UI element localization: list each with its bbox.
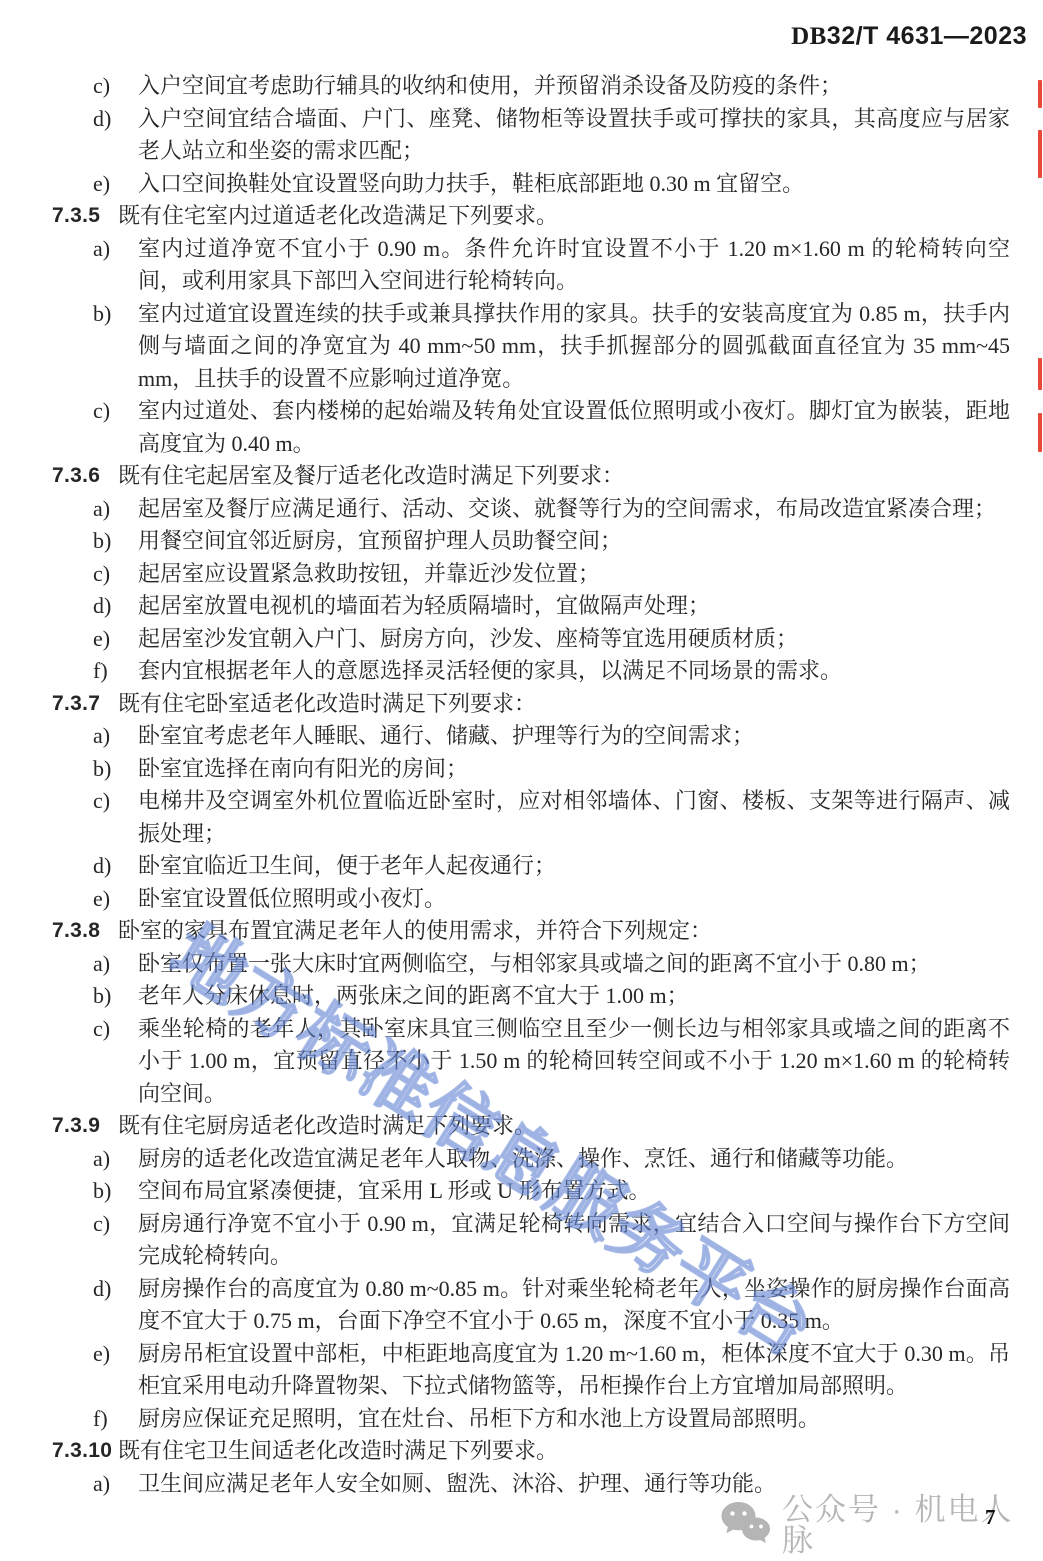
section-clause: 7.3.7既有住宅卧室适老化改造时满足下列要求：	[52, 688, 1010, 721]
list-item: d)厨房操作台的高度宜为 0.80 m~0.85 m。针对乘坐轮椅老年人，坐姿操…	[52, 1273, 1010, 1338]
item-letter: c)	[93, 1013, 110, 1046]
clause-text: 厨房吊柜宜设置中部柜，中柜距地高度宜为 1.20 m~1.60 m，柜体深度不宜…	[138, 1341, 1010, 1399]
item-letter: d)	[93, 103, 111, 136]
list-item: d)起居室放置电视机的墙面若为轻质隔墙时，宜做隔声处理；	[52, 590, 1010, 623]
list-item: a)厨房的适老化改造宜满足老年人取物、洗涤、操作、烹饪、通行和储藏等功能。	[52, 1143, 1010, 1176]
doc-code-number: 32/T 4631—2023	[827, 22, 1027, 50]
clause-text: 卧室宜设置低位照明或小夜灯。	[138, 886, 446, 911]
item-letter: a)	[93, 1143, 110, 1176]
section-clause: 7.3.10既有住宅卫生间适老化改造时满足下列要求。	[52, 1435, 1010, 1468]
clause-text: 室内过道宜设置连续的扶手或兼具撑扶作用的家具。扶手的安装高度宜为 0.85 m，…	[138, 301, 1010, 391]
item-letter: a)	[93, 1468, 110, 1501]
clause-text: 卧室的家具布置宜满足老年人的使用需求，并符合下列规定：	[118, 918, 712, 943]
list-item: a)卧室宜考虑老年人睡眠、通行、储藏、护理等行为的空间需求；	[52, 720, 1010, 753]
list-item: b)室内过道宜设置连续的扶手或兼具撑扶作用的家具。扶手的安装高度宜为 0.85 …	[52, 298, 1010, 396]
wechat-account-label: 公众号 · 机电人脉	[782, 1490, 1043, 1556]
document-body: c)入户空间宜考虑助行辅具的收纳和使用，并预留消杀设备及防疫的条件；d)入户空间…	[52, 70, 1010, 1500]
list-item: b)老年人分床休息时，两张床之间的距离不宜大于 1.00 m；	[52, 980, 1010, 1013]
list-item: c)乘坐轮椅的老年人，其卧室床具宜三侧临空且至少一侧长边与相邻家具或墙之间的距离…	[52, 1013, 1010, 1111]
clause-text: 厨房通行净宽不宜小于 0.90 m，宜满足轮椅转向需求，宜结合入口空间与操作台下…	[138, 1211, 1010, 1269]
clause-text: 老年人分床休息时，两张床之间的距离不宜大于 1.00 m；	[138, 983, 689, 1008]
item-letter: e)	[93, 883, 110, 916]
list-item: a)起居室及餐厅应满足通行、活动、交谈、就餐等行为的空间需求，布局改造宜紧凑合理…	[52, 493, 1010, 526]
page-number: 7	[985, 1505, 996, 1530]
clause-text: 室内过道处、套内楼梯的起始端及转角处宜设置低位照明或小夜灯。脚灯宜为嵌装，距地高…	[138, 398, 1010, 456]
clause-text: 起居室及餐厅应满足通行、活动、交谈、就餐等行为的空间需求，布局改造宜紧凑合理；	[138, 496, 996, 521]
list-item: c)厨房通行净宽不宜小于 0.90 m，宜满足轮椅转向需求，宜结合入口空间与操作…	[52, 1208, 1010, 1273]
clause-text: 卫生间应满足老年人安全如厕、盥洗、沐浴、护理、通行等功能。	[138, 1471, 776, 1496]
clause-text: 卧室宜临近卫生间，便于老年人起夜通行；	[138, 853, 556, 878]
clause-text: 厨房的适老化改造宜满足老年人取物、洗涤、操作、烹饪、通行和储藏等功能。	[138, 1146, 908, 1171]
clause-text: 既有住宅卫生间适老化改造时满足下列要求。	[118, 1438, 558, 1463]
red-edge-mark	[1038, 413, 1042, 452]
item-letter: b)	[93, 525, 111, 558]
clause-text: 起居室放置电视机的墙面若为轻质隔墙时，宜做隔声处理；	[138, 593, 710, 618]
header-doc-code: DB32/T 4631—2023	[791, 22, 1027, 51]
clause-text: 起居室应设置紧急救助按钮，并靠近沙发位置；	[138, 561, 600, 586]
clause-text: 入户空间宜考虑助行辅具的收纳和使用，并预留消杀设备及防疫的条件；	[138, 73, 842, 98]
item-letter: e)	[93, 1338, 110, 1371]
list-item: f)套内宜根据老年人的意愿选择灵活轻便的家具，以满足不同场景的需求。	[52, 655, 1010, 688]
list-item: a)室内过道净宽不宜小于 0.90 m。条件允许时宜设置不小于 1.20 m×1…	[52, 233, 1010, 298]
item-letter: f)	[93, 1403, 108, 1436]
item-letter: f)	[93, 655, 108, 688]
list-item: d)卧室宜临近卫生间，便于老年人起夜通行；	[52, 850, 1010, 883]
doc-code-prefix: DB	[791, 23, 827, 50]
list-item: e)卧室宜设置低位照明或小夜灯。	[52, 883, 1010, 916]
section-number: 7.3.5	[52, 200, 100, 233]
list-item: e)起居室沙发宜朝入户门、厨房方向，沙发、座椅等宜选用硬质材质；	[52, 623, 1010, 656]
item-letter: b)	[93, 1175, 111, 1208]
item-letter: c)	[93, 395, 110, 428]
item-letter: b)	[93, 298, 111, 331]
item-letter: d)	[93, 850, 111, 883]
wechat-icon	[720, 1499, 770, 1547]
item-letter: b)	[93, 753, 111, 786]
clause-text: 既有住宅起居室及餐厅适老化改造时满足下列要求：	[118, 463, 624, 488]
list-item: c)入户空间宜考虑助行辅具的收纳和使用，并预留消杀设备及防疫的条件；	[52, 70, 1010, 103]
list-item: e)入口空间换鞋处宜设置竖向助力扶手，鞋柜底部距地 0.30 m 宜留空。	[52, 168, 1010, 201]
clause-text: 空间布局宜紧凑便捷，宜采用 L 形或 U 形布置方式。	[138, 1178, 651, 1203]
list-item: c)起居室应设置紧急救助按钮，并靠近沙发位置；	[52, 558, 1010, 591]
clause-text: 既有住宅室内过道适老化改造满足下列要求。	[118, 203, 558, 228]
item-letter: a)	[93, 493, 110, 526]
section-clause: 7.3.6既有住宅起居室及餐厅适老化改造时满足下列要求：	[52, 460, 1010, 493]
list-item: d)入户空间宜结合墙面、户门、座凳、储物柜等设置扶手或可撑扶的家具，其高度应与居…	[52, 103, 1010, 168]
list-item: c)电梯井及空调室外机位置临近卧室时，应对相邻墙体、门窗、楼板、支架等进行隔声、…	[52, 785, 1010, 850]
section-number: 7.3.6	[52, 460, 100, 493]
item-letter: c)	[93, 558, 110, 591]
list-item: b)卧室宜选择在南向有阳光的房间；	[52, 753, 1010, 786]
section-number: 7.3.8	[52, 915, 100, 948]
clause-text: 厨房应保证充足照明，宜在灶台、吊柜下方和水池上方设置局部照明。	[138, 1406, 820, 1431]
item-letter: b)	[93, 980, 111, 1013]
clause-text: 室内过道净宽不宜小于 0.90 m。条件允许时宜设置不小于 1.20 m×1.6…	[138, 236, 1010, 294]
item-letter: c)	[93, 1208, 110, 1241]
clause-text: 入户空间宜结合墙面、户门、座凳、储物柜等设置扶手或可撑扶的家具，其高度应与居家老…	[138, 106, 1010, 164]
section-number: 7.3.10	[52, 1435, 112, 1468]
item-letter: a)	[93, 948, 110, 981]
item-letter: a)	[93, 720, 110, 753]
document-page: DB32/T 4631—2023 c)入户空间宜考虑助行辅具的收纳和使用，并预留…	[0, 0, 1043, 1561]
list-item: a)卧室仅布置一张大床时宜两侧临空，与相邻家具或墙之间的距离不宜小于 0.80 …	[52, 948, 1010, 981]
list-item: b)空间布局宜紧凑便捷，宜采用 L 形或 U 形布置方式。	[52, 1175, 1010, 1208]
clause-text: 既有住宅卧室适老化改造时满足下列要求：	[118, 691, 536, 716]
item-letter: e)	[93, 168, 110, 201]
clause-text: 入口空间换鞋处宜设置竖向助力扶手，鞋柜底部距地 0.30 m 宜留空。	[138, 171, 804, 196]
clause-text: 起居室沙发宜朝入户门、厨房方向，沙发、座椅等宜选用硬质材质；	[138, 626, 798, 651]
clause-text: 卧室宜考虑老年人睡眠、通行、储藏、护理等行为的空间需求；	[138, 723, 754, 748]
item-letter: d)	[93, 1273, 111, 1306]
section-number: 7.3.7	[52, 688, 100, 721]
clause-text: 用餐空间宜邻近厨房，宜预留护理人员助餐空间；	[138, 528, 622, 553]
item-letter: c)	[93, 785, 110, 818]
list-item: b)用餐空间宜邻近厨房，宜预留护理人员助餐空间；	[52, 525, 1010, 558]
red-edge-mark	[1038, 358, 1042, 390]
red-edge-mark	[1038, 130, 1042, 178]
item-letter: a)	[93, 233, 110, 266]
clause-text: 既有住宅厨房适老化改造时满足下列要求。	[118, 1113, 536, 1138]
section-number: 7.3.9	[52, 1110, 100, 1143]
clause-text: 厨房操作台的高度宜为 0.80 m~0.85 m。针对乘坐轮椅老年人，坐姿操作的…	[138, 1276, 1010, 1334]
clause-text: 卧室仅布置一张大床时宜两侧临空，与相邻家具或墙之间的距离不宜小于 0.80 m；	[138, 951, 931, 976]
item-letter: c)	[93, 70, 110, 103]
list-item: f)厨房应保证充足照明，宜在灶台、吊柜下方和水池上方设置局部照明。	[52, 1403, 1010, 1436]
clause-text: 乘坐轮椅的老年人，其卧室床具宜三侧临空且至少一侧长边与相邻家具或墙之间的距离不小…	[138, 1016, 1010, 1106]
section-clause: 7.3.8卧室的家具布置宜满足老年人的使用需求，并符合下列规定：	[52, 915, 1010, 948]
section-clause: 7.3.5既有住宅室内过道适老化改造满足下列要求。	[52, 200, 1010, 233]
item-letter: d)	[93, 590, 111, 623]
clause-text: 电梯井及空调室外机位置临近卧室时，应对相邻墙体、门窗、楼板、支架等进行隔声、减振…	[138, 788, 1010, 846]
item-letter: e)	[93, 623, 110, 656]
red-edge-mark	[1038, 80, 1042, 108]
section-clause: 7.3.9既有住宅厨房适老化改造时满足下列要求。	[52, 1110, 1010, 1143]
list-item: e)厨房吊柜宜设置中部柜，中柜距地高度宜为 1.20 m~1.60 m，柜体深度…	[52, 1338, 1010, 1403]
list-item: c)室内过道处、套内楼梯的起始端及转角处宜设置低位照明或小夜灯。脚灯宜为嵌装，距…	[52, 395, 1010, 460]
clause-text: 套内宜根据老年人的意愿选择灵活轻便的家具，以满足不同场景的需求。	[138, 658, 842, 683]
clause-text: 卧室宜选择在南向有阳光的房间；	[138, 756, 468, 781]
